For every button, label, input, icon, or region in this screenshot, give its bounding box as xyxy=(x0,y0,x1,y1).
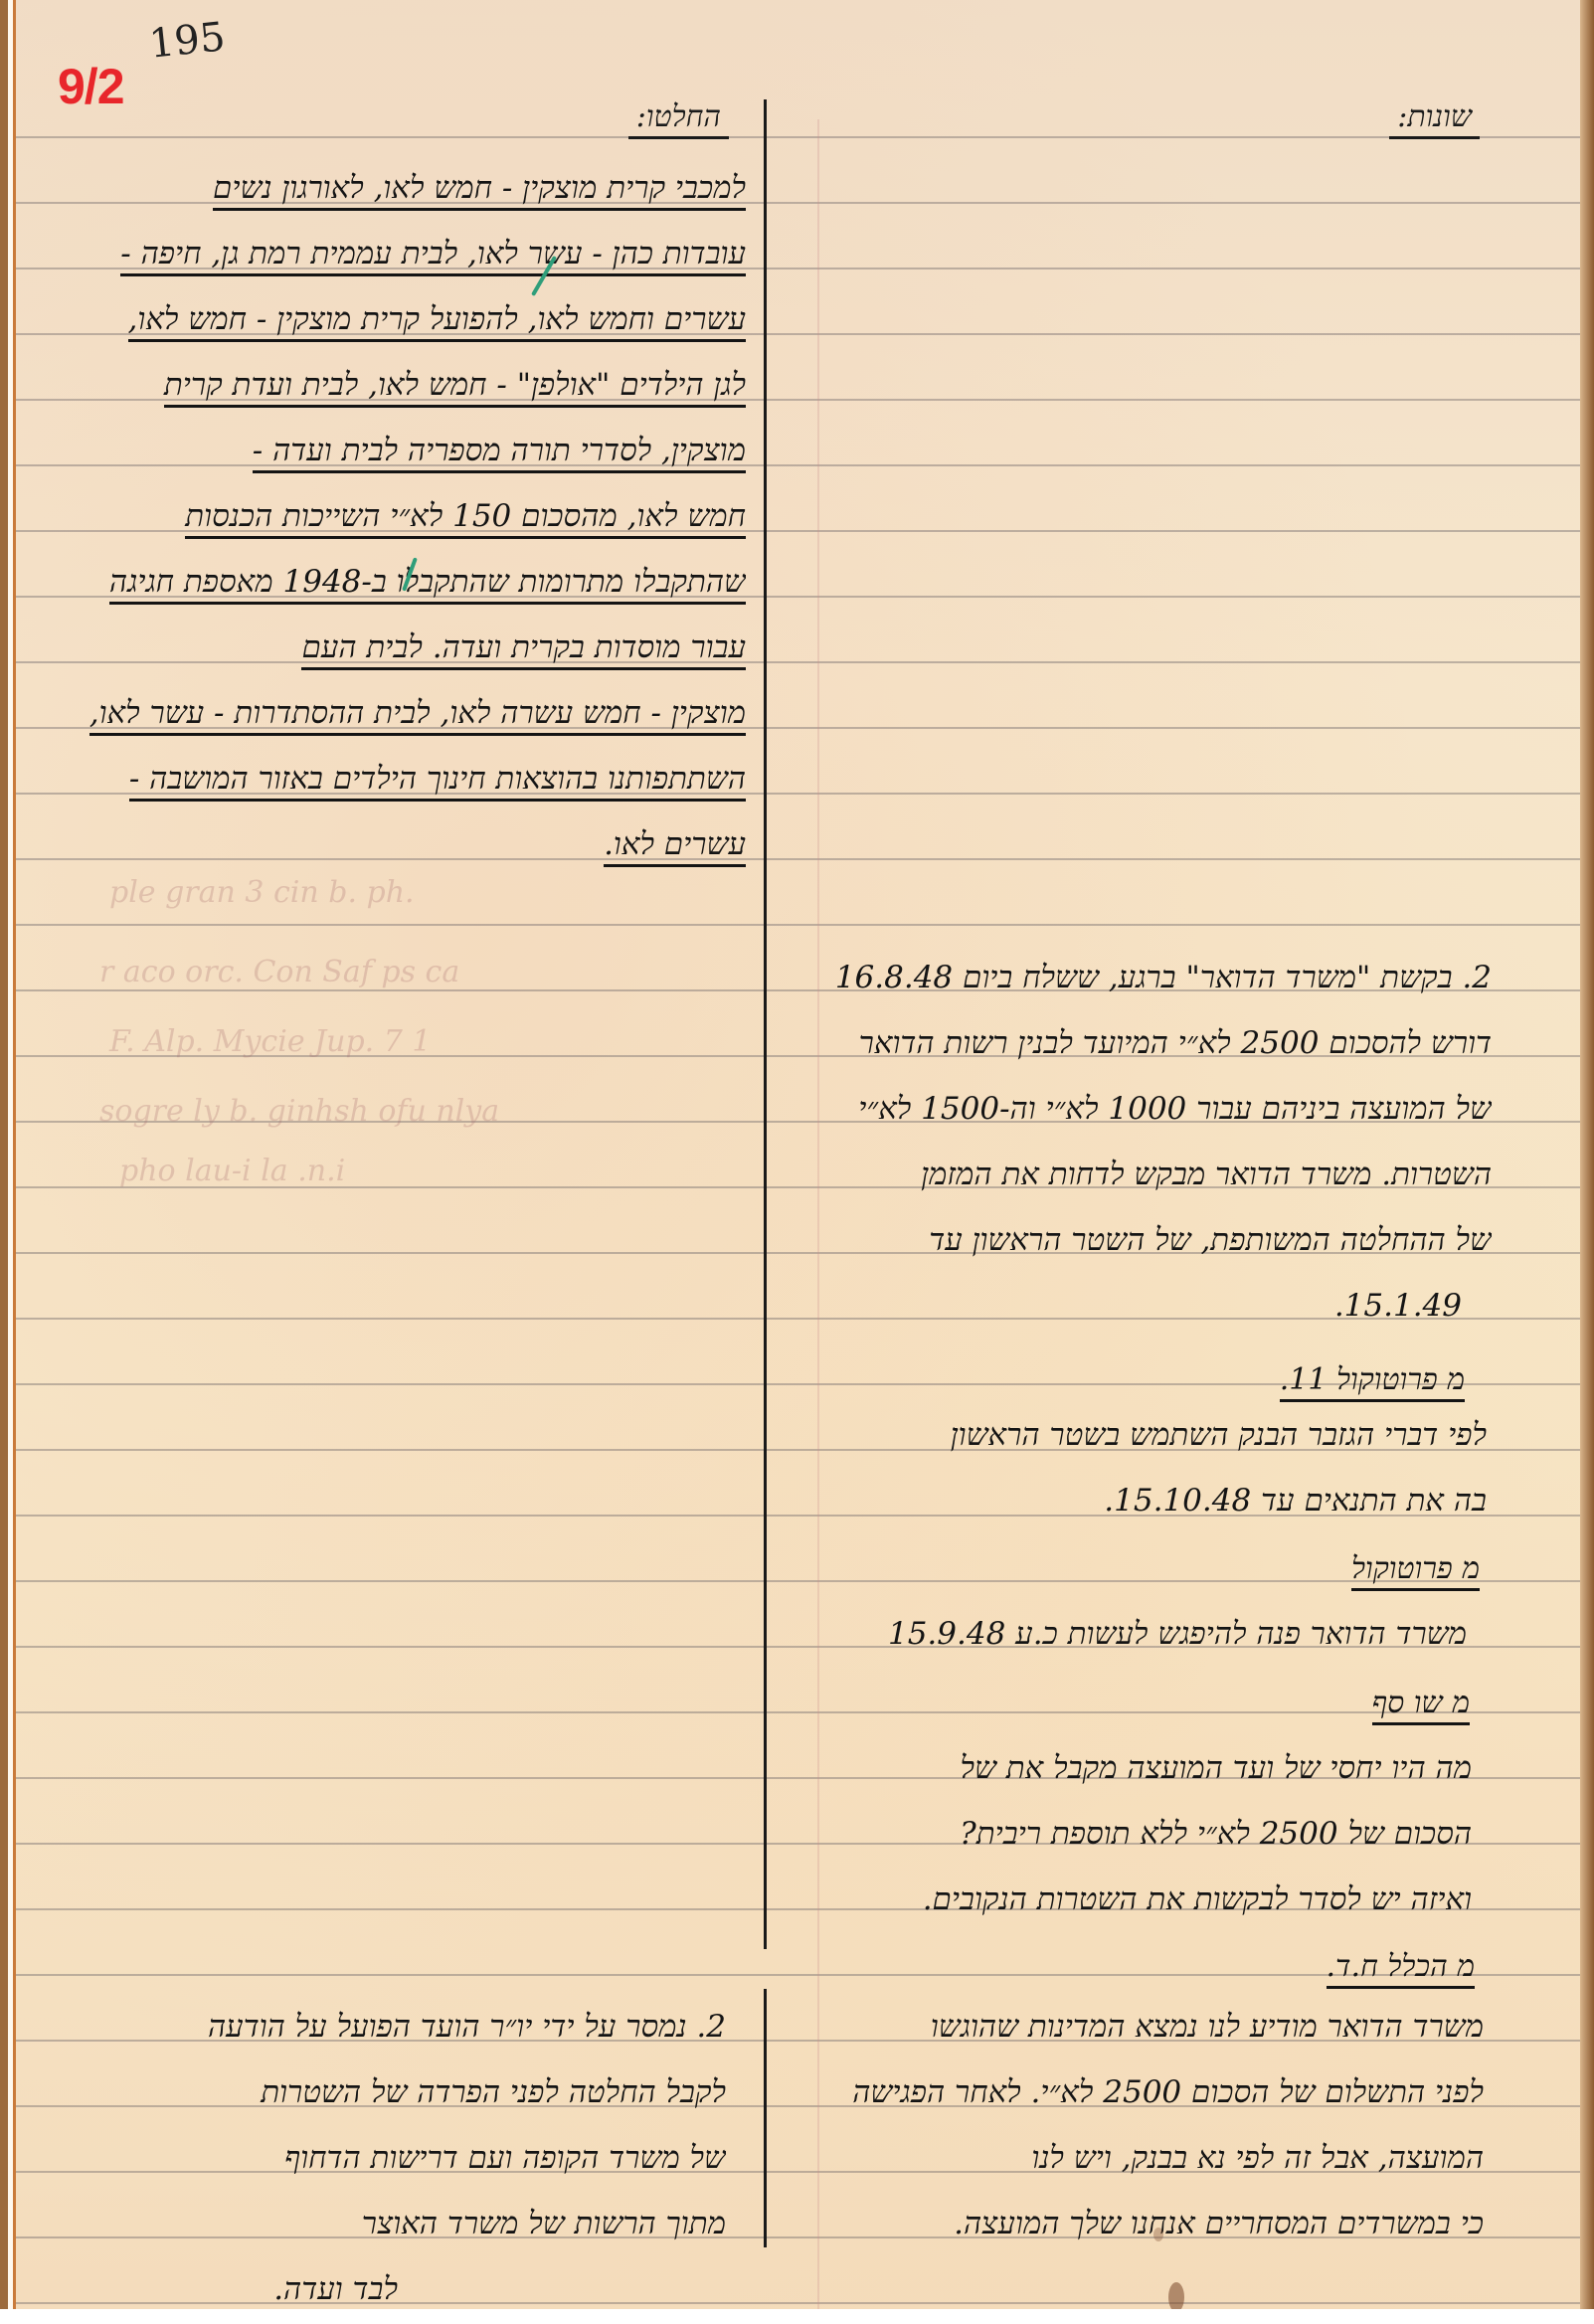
text-line: המועצה, אבל זה לפי נא בבנק, ויש לנו xyxy=(768,2125,1484,2191)
text-line: חמש לאו, מהסכום 150 לא״י השייכות הכנסות xyxy=(30,483,746,549)
text-line: בה את התנאים עד 15.10.48. xyxy=(771,1468,1487,1533)
text-line: מוצקין - חמש עשרה לאו, לבית ההסתדרות - ע… xyxy=(30,680,746,746)
archive-label: 9/2 xyxy=(58,58,124,115)
entry-heading: מ פרוטוקול xyxy=(1351,1551,1480,1591)
text-line: מתוך הרשות של משרד האוצר xyxy=(30,2191,726,2256)
text-line: לפני התשלום של הסכום 2500 לא״י. לאחר הפג… xyxy=(768,2059,1484,2125)
right-entry: משרד הדואר מודיע לנו נמצא המדינות שהוגשו… xyxy=(768,1994,1484,2256)
bleed-through-text: pho lau-i la .n.i xyxy=(119,1154,345,1188)
page-number: 195 xyxy=(147,14,228,68)
text-line: שהתקבלו מתרומות שהתקבלו ב-1948 מאספת חגי… xyxy=(30,549,746,615)
ruled-line xyxy=(16,924,1580,926)
text-line: לפי דברי הגזבר הבנק השתמש בשטר הראשון xyxy=(771,1402,1487,1468)
text-line: למכבי קרית מוצקין - חמש לאו, לאורגון נשי… xyxy=(30,155,746,221)
page-right-edge xyxy=(1580,0,1594,2309)
text-line: עשרים וחמש לאו, להפועל קרית מוצקין - חמש… xyxy=(30,286,746,352)
text-line: הסכום של 2500 לא״י ללא תוספת ריבית? xyxy=(776,1801,1472,1867)
text-line: עובדות כהן - עשר לאו, לבית עממית רמת גן,… xyxy=(30,221,746,286)
text-line: לגן הילדים "אולפן" - חמש לאו, לבית ועדת … xyxy=(30,352,746,418)
text-line: השטרות. משרד הדואר מבקש לדחות את המזמן xyxy=(776,1142,1492,1207)
bleed-through-text: r aco orc. Con Saf ps ca xyxy=(99,955,459,989)
text-line: מה היו יחסי של ועד המועצה מקבל את של xyxy=(776,1735,1472,1801)
paper-stain xyxy=(1168,2282,1184,2309)
left-paragraph-1: למכבי קרית מוצקין - חמש לאו, לאורגון נשי… xyxy=(30,155,746,877)
entry-heading: מ שו סף xyxy=(1372,1686,1470,1725)
left-column-heading: החלטו: xyxy=(628,99,729,139)
right-entry-2: 2. בקשת "משרד הדואר" ברגע, ששלח ביום 16.… xyxy=(776,945,1492,1339)
column-divider-lower xyxy=(764,1989,767,2247)
text-line: של משרד הקופה ועם דרישות הדחוף xyxy=(30,2125,726,2191)
right-entry: מה היו יחסי של ועד המועצה מקבל את של הסכ… xyxy=(776,1735,1472,1932)
text-line: כי במשרדים המסחריים אנחנו שלך המועצה. xyxy=(768,2191,1484,2256)
left-margin-line xyxy=(13,0,16,2309)
right-entry: משרד הדואר פנה להיפגש לעשות כ.ע 15.9.48 xyxy=(771,1601,1467,1667)
text-line: מוצקין, לסדרי תורה מספריה לבית ועדה - xyxy=(30,418,746,483)
text-line: דורש להסכום 2500 לא״י המיועד לבנין רשות … xyxy=(776,1010,1492,1076)
column-divider xyxy=(764,99,767,1949)
scanned-document-page: 195 9/2 החלטו: שונות: למכבי קרית מוצקין … xyxy=(0,0,1594,2309)
entry-heading: מ פרוטוקול 11. xyxy=(1280,1362,1465,1402)
ruled-line xyxy=(16,1580,1580,1582)
text-line: 15.1.49. xyxy=(776,1273,1492,1339)
text-line: משרד הדואר מודיע לנו נמצא המדינות שהוגשו xyxy=(768,1994,1484,2059)
text-line: השתתפותנו בהוצאות חינוך הילדים באזור המו… xyxy=(30,746,746,811)
paper-stain xyxy=(1153,2228,1163,2241)
bleed-through-text: ple gran 3 cin b. ph. xyxy=(109,875,415,910)
text-line: משרד הדואר פנה להיפגש לעשות כ.ע 15.9.48 xyxy=(771,1601,1467,1667)
text-line: לקבל החלטה לפני הפרדה של השטרות xyxy=(30,2059,726,2125)
bleed-through-text: F. Alp. Mycie Jup. 7 1 xyxy=(109,1024,431,1059)
text-line: עבור מוסדות בקרית ועדה. לבית העם xyxy=(30,615,746,680)
text-line: של המועצה ביניהם עבור 1000 לא״י וה-1500 … xyxy=(776,1076,1492,1142)
right-column-heading: שונות: xyxy=(1389,99,1480,139)
book-binding xyxy=(0,0,8,2309)
ruled-line xyxy=(16,1711,1580,1713)
left-paragraph-2: 2. נמסר על ידי יו״ר הועד הפועל על הודעה … xyxy=(30,1994,726,2309)
bleed-through-text: sogre ly b. ginhsh ofu nlya xyxy=(99,1094,499,1129)
right-entry: לפי דברי הגזבר הבנק השתמש בשטר הראשון בה… xyxy=(771,1402,1487,1533)
entry-heading: מ הכלל ח.ד. xyxy=(1327,1949,1475,1989)
text-line: 2. נמסר על ידי יו״ר הועד הפועל על הודעה xyxy=(30,1994,726,2059)
text-line: עשרים לאו. xyxy=(30,811,746,877)
ruled-line xyxy=(16,136,1580,138)
text-line: של ההחלטה המשותפת, של השטר הראשון עד xyxy=(776,1207,1492,1273)
text-line: לבד ועדה. xyxy=(30,2256,726,2309)
text-line: ואיזה יש לסדר לבקשות את השטרות הנקובים. xyxy=(776,1867,1472,1932)
text-line: 2. בקשת "משרד הדואר" ברגע, ששלח ביום 16.… xyxy=(776,945,1492,1010)
